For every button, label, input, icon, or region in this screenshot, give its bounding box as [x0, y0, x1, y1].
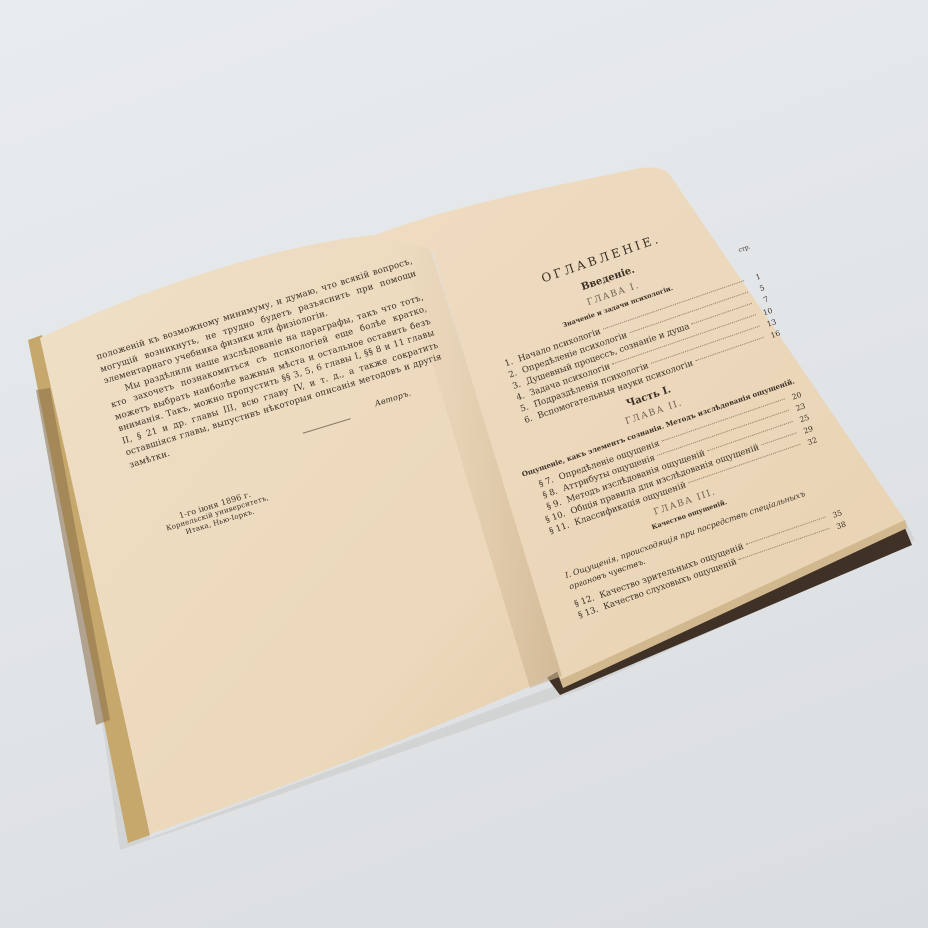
photo-scene: положеній къ возможному минимуму, и дума…	[0, 0, 928, 928]
